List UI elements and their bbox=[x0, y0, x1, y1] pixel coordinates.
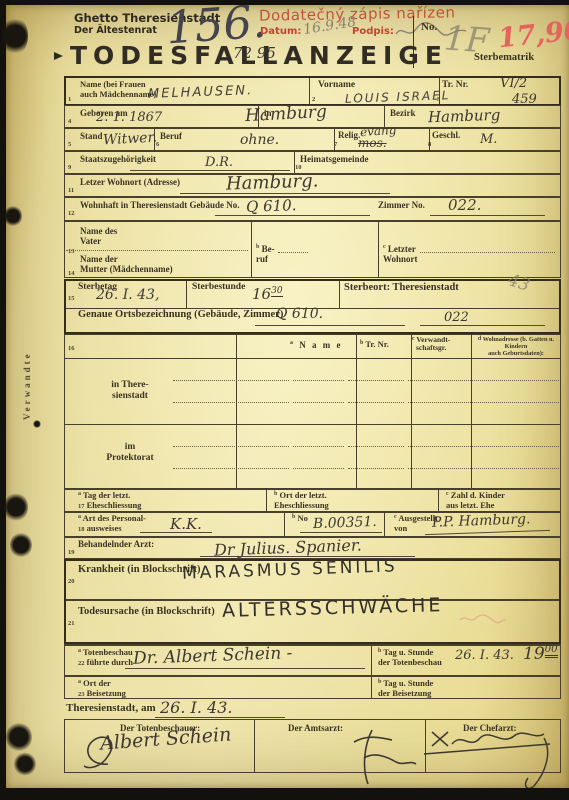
beruf-value: ohne. bbox=[240, 132, 279, 148]
place-date-underline bbox=[155, 717, 285, 718]
wohnort-value: Hamburg. bbox=[226, 170, 319, 194]
bezirk-label: Bezirk bbox=[390, 108, 416, 118]
beisetzung-ort-label: a Ort der23 Beisetzung bbox=[78, 679, 126, 698]
ausweis-underline bbox=[140, 532, 212, 533]
relatives-table bbox=[64, 334, 561, 489]
stand-label: Stand bbox=[80, 131, 103, 141]
ehe-ort-label: b Ort der letzt.Eheschliessung bbox=[274, 491, 329, 510]
punch-hole-mark bbox=[4, 205, 22, 227]
scan-edge-top bbox=[0, 0, 569, 5]
relig-struck-value: mos. bbox=[358, 136, 387, 150]
chefarzt-signature-scribble bbox=[418, 724, 558, 794]
gebaeude-label: Wohnhaft in Theresienstadt Gebäude No. bbox=[80, 200, 239, 210]
genaue-label: Genaue Ortsbezeichnung (Gebäude, Zimmer) bbox=[78, 309, 283, 321]
ausweis-no-underline bbox=[300, 532, 382, 533]
gebaeude-underline bbox=[215, 215, 370, 216]
zimmer-underline bbox=[430, 215, 545, 216]
beisetzung-zeit-label: b Tag u. Stundeder Beisetzung bbox=[378, 679, 433, 698]
totenbeschau-zeit-label: b Tag u. Stundeder Totenbeschau bbox=[378, 648, 442, 667]
totenbeschau-underline bbox=[125, 668, 365, 669]
stamp-datum-label: Datum: bbox=[260, 26, 301, 37]
totenbeschau-stunde-value: 1900 bbox=[523, 644, 558, 664]
wohnort-label: Letzer Wohnort (Adresse) bbox=[80, 177, 180, 187]
faint-red-scribble bbox=[458, 612, 508, 626]
scan-blemish-4 bbox=[14, 752, 36, 776]
parents-beruf-label: b Be-ruf bbox=[256, 244, 275, 264]
staat-underline bbox=[130, 170, 290, 171]
col-name-header: a N a m e bbox=[290, 340, 343, 350]
stamp-podpis-label: Podpis: bbox=[352, 26, 394, 37]
parents-wohnort-label: c LetzterWohnort bbox=[383, 244, 418, 264]
org-subname: Der Ältestenrat bbox=[74, 25, 157, 36]
scan-blemish-3 bbox=[10, 532, 32, 558]
gebaeude-value: Q 610. bbox=[246, 196, 297, 216]
todesursache-label: Todesursache (in Blockschrift) bbox=[78, 606, 215, 618]
place-date-value: 26. I. 43. bbox=[160, 698, 232, 717]
genaue-value-gebaeude: Q 610. bbox=[276, 306, 323, 322]
scan-blemish bbox=[2, 16, 28, 56]
vorname-label: Vorname bbox=[318, 80, 355, 91]
group-protektorat-label: imProtektorat bbox=[96, 442, 164, 463]
staat-label: Staatszugehörigkeit bbox=[80, 154, 156, 164]
verwandte-side-label: Verwandte bbox=[22, 351, 32, 420]
totenbeschau-datum-value: 26. I. 43. bbox=[455, 648, 514, 663]
ausweis-no-value: B.00351. bbox=[313, 514, 377, 532]
beruf-label: Beruf bbox=[160, 131, 182, 141]
relig-label: Relig. bbox=[338, 130, 360, 140]
geschl-label: Geschl. bbox=[432, 130, 460, 140]
col-trnr-header: b Tr. Nr. bbox=[360, 340, 389, 350]
genaue-value-zimmer: 022 bbox=[444, 310, 469, 325]
zimmer-label: Zimmer No. bbox=[378, 200, 425, 210]
arrow-mark-icon bbox=[54, 52, 63, 60]
scan-edge-bottom bbox=[0, 788, 569, 800]
col-verw-header: c Verwandt-schaftsgr. bbox=[412, 336, 450, 353]
scan-blemish-2 bbox=[4, 492, 28, 522]
mutter-label: Name derMutter (Mädchenname) bbox=[80, 254, 173, 274]
scan-edge-left bbox=[0, 0, 6, 800]
geschl-value: M. bbox=[480, 132, 497, 147]
group-theresienstadt-label: in There-sienstadt bbox=[96, 380, 164, 401]
ehe-kinder-label: c Zahl d. Kinderaus letzt. Ehe bbox=[446, 491, 505, 510]
genaue-underline-2 bbox=[420, 325, 545, 326]
geburtsort-value: Hamburg bbox=[245, 102, 328, 126]
sterbestunde-value: 1630 bbox=[252, 285, 283, 303]
ausweis-no-label: b No bbox=[292, 514, 308, 524]
genaue-underline-1 bbox=[255, 325, 405, 326]
ehe-tag-label: a Tag der letzt.17 Eheschliessung bbox=[78, 491, 141, 510]
place-date-label: Theresienstadt, am bbox=[66, 702, 156, 714]
name-label: Name (bei Frauenauch Mädchenname) bbox=[80, 80, 156, 99]
zimmer-value: 022. bbox=[448, 196, 481, 214]
col-wohnadresse-header: d Wohnadresse (b. Gatten u. Kindernauch … bbox=[474, 336, 558, 357]
handwritten-7295: 72 95 bbox=[233, 44, 276, 62]
sterbetag-value: 26. I. 43, bbox=[96, 287, 159, 303]
no-label: No. bbox=[421, 21, 437, 33]
sterbeort-label: Sterbeort: Theresienstadt bbox=[344, 282, 459, 294]
amtsarzt-signature-scribble bbox=[330, 726, 420, 786]
wohnort-underline bbox=[180, 193, 390, 194]
ausweis-label: a Art des Personal-18 ausweises bbox=[78, 514, 146, 533]
geboren-value: 2. 1. 1867 bbox=[96, 110, 162, 125]
row-beisetzung bbox=[64, 676, 561, 699]
trnr-value-1: VI/2 bbox=[500, 76, 527, 91]
sterbestunde-label: Sterbestunde bbox=[192, 282, 245, 293]
heimat-label: Heimatsgemeinde bbox=[300, 154, 368, 164]
bezirk-value: Hamburg bbox=[428, 106, 501, 127]
arzt-label: Behandelnder Arzt: bbox=[78, 539, 154, 549]
staat-value: D.R. bbox=[205, 155, 233, 170]
totenbeschau-label: a Totenbeschau22 führte durch bbox=[78, 648, 133, 667]
vater-label: Name desVater bbox=[80, 226, 117, 246]
stand-value: Witwer. bbox=[103, 130, 158, 149]
trnr-label: Tr. Nr. bbox=[442, 80, 468, 91]
ausweis-value: K.K. bbox=[170, 515, 202, 533]
punch-hole-mark-2 bbox=[6, 722, 32, 752]
punch-hole-dot bbox=[33, 420, 41, 428]
parents-divider-dots bbox=[66, 249, 248, 251]
